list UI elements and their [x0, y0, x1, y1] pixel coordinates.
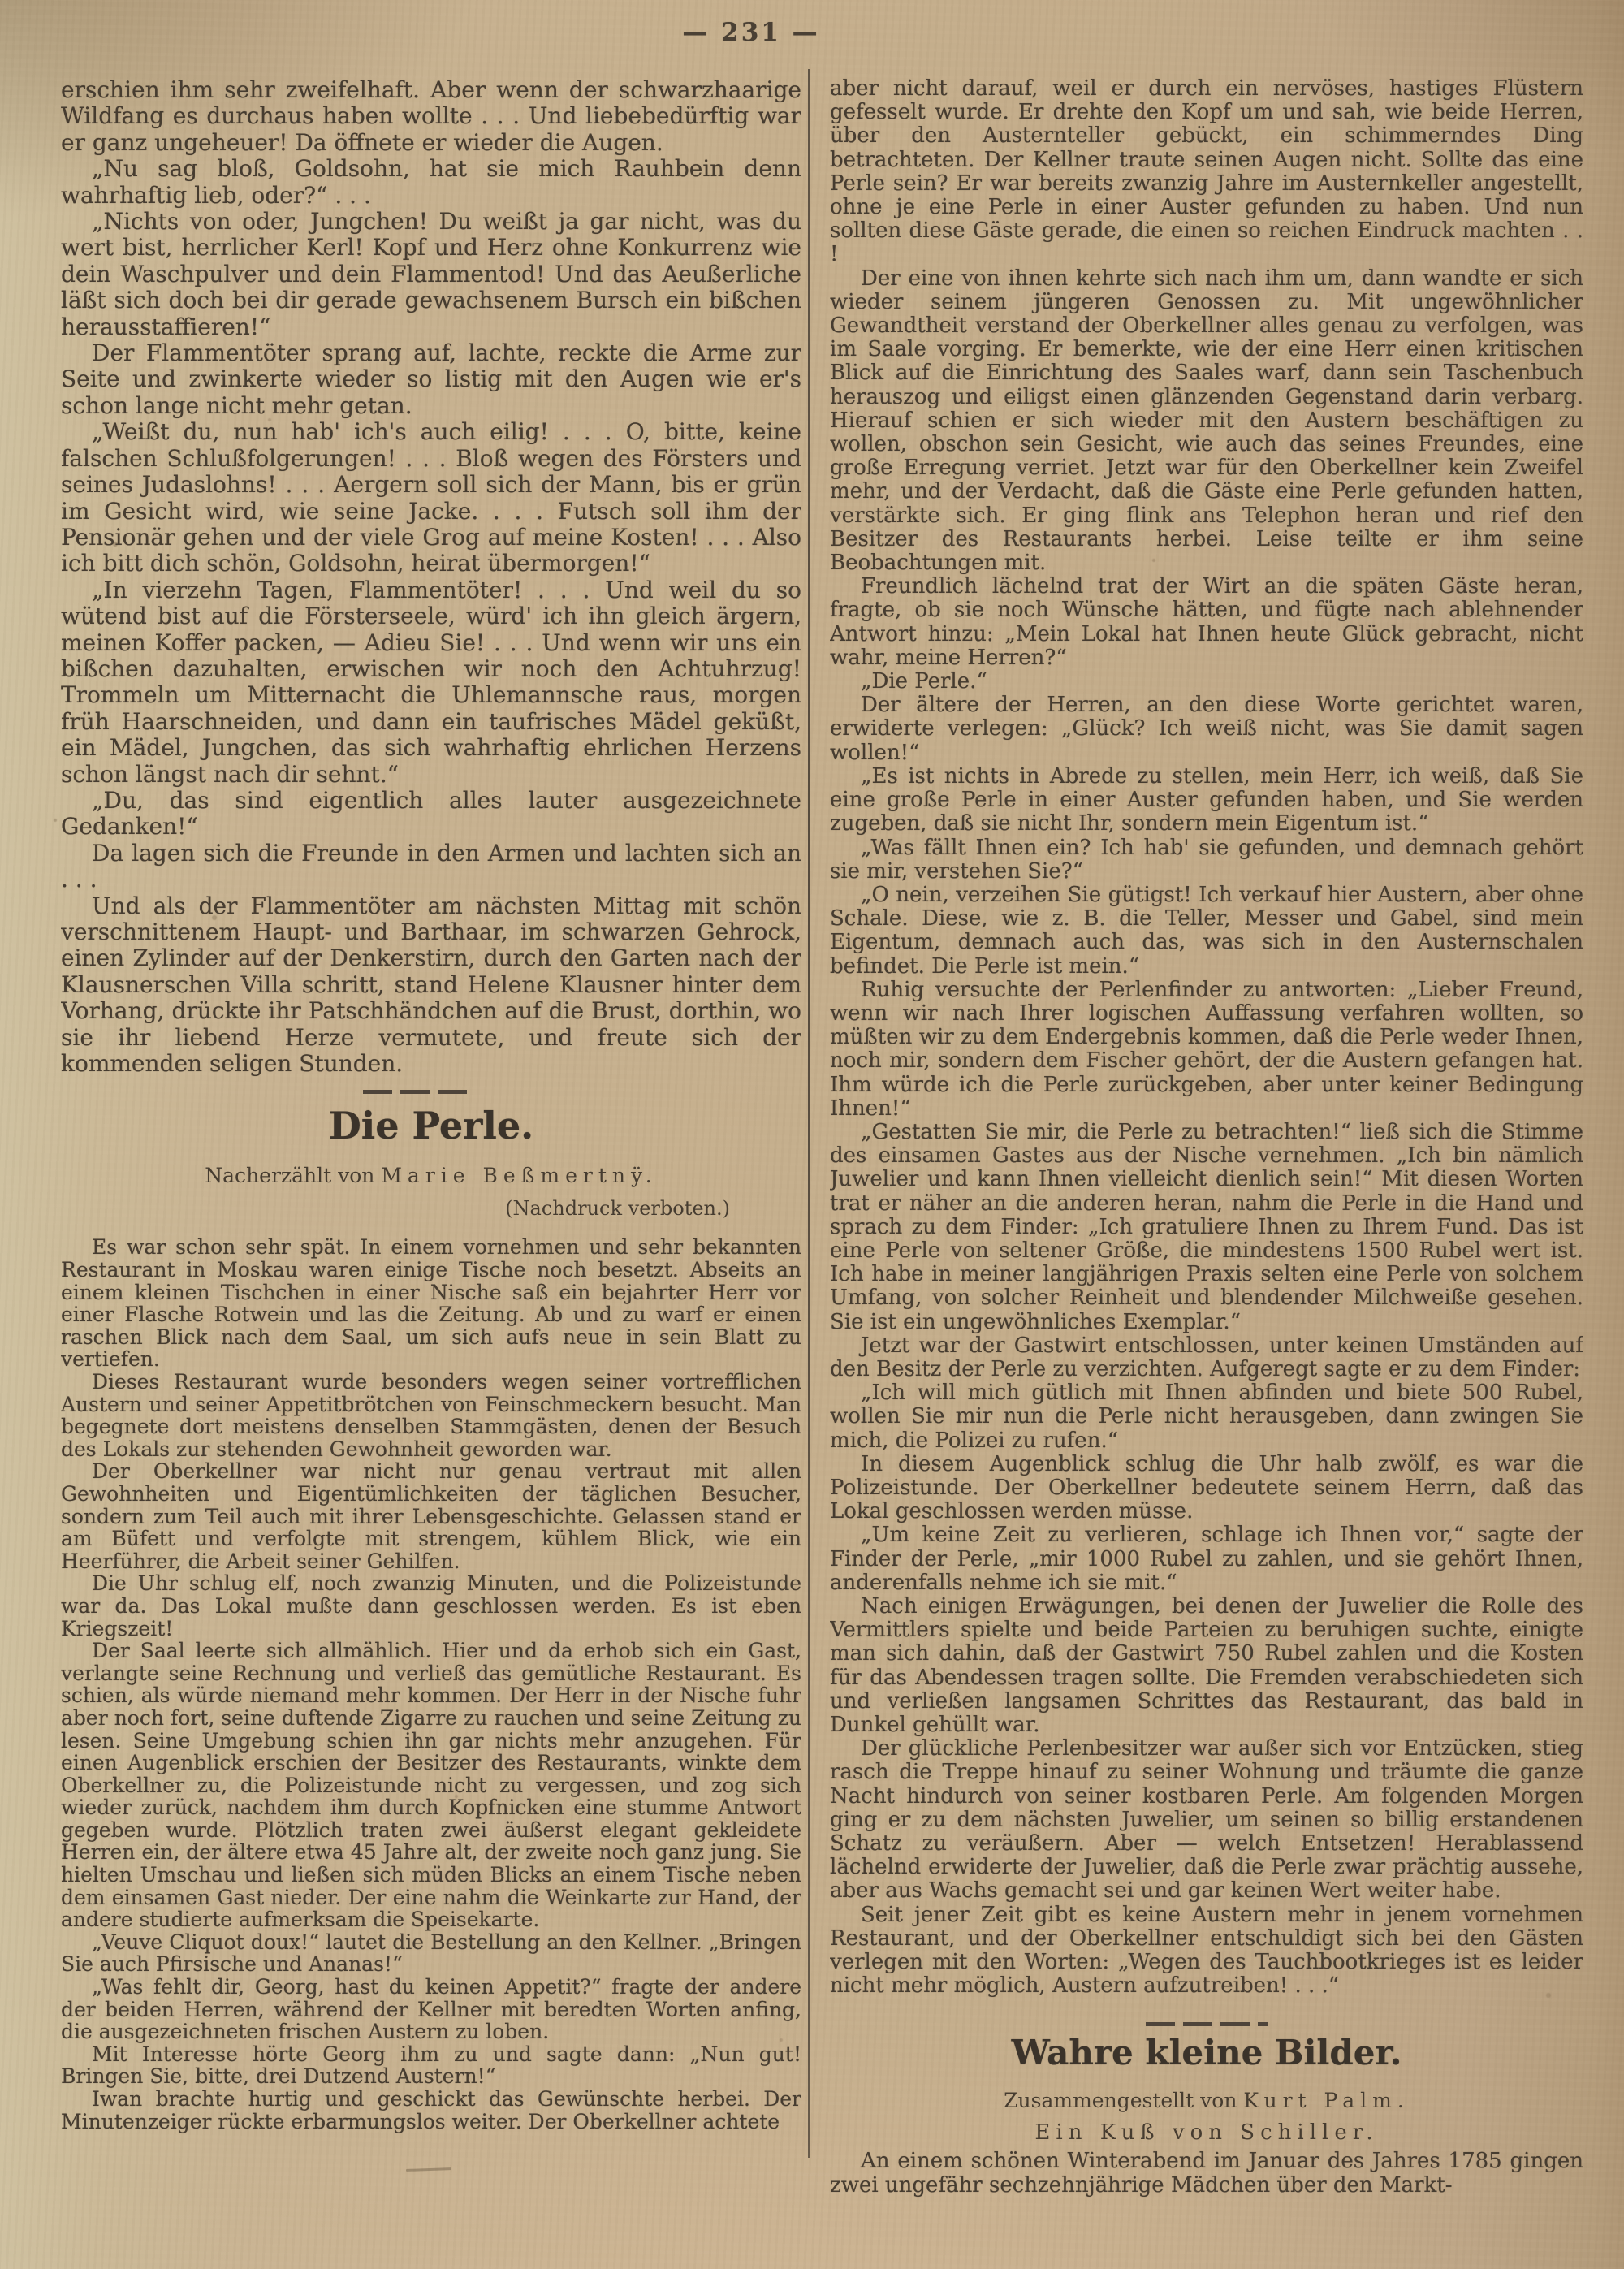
- paragraph: „Um keine Zeit zu verlieren, schlage ich…: [830, 1523, 1583, 1595]
- paragraph: Und als der Flammentöter am nächsten Mit…: [61, 893, 801, 1078]
- page-number: — 231 —: [0, 18, 1502, 47]
- paragraph: „Die Perle.“: [830, 670, 1583, 694]
- paragraph: In diesem Augenblick schlug die Uhr halb…: [830, 1453, 1583, 1524]
- section-divider: [1146, 2022, 1268, 2026]
- paragraph: An einem schönen Winterabend im Januar d…: [830, 2150, 1583, 2197]
- story-continuation-body: erschien ihm sehr zweifelhaft. Aber wenn…: [61, 77, 801, 1077]
- right-column: aber nicht darauf, weil er durch ein ner…: [830, 77, 1583, 2221]
- story-byline: Nacherzählt von Marie Beßmertnÿ.: [61, 1164, 801, 1187]
- story-byline: Zusammengestellt von Kurt Palm.: [830, 2089, 1583, 2112]
- story-body-bilder: An einem schönen Winterabend im Januar d…: [830, 2150, 1583, 2197]
- paragraph: „Was fehlt dir, Georg, hast du keinen Ap…: [61, 1976, 801, 2043]
- paragraph: „Veuve Cliquot doux!“ lautet die Bestell…: [61, 1931, 801, 1976]
- paragraph: Mit Interesse hörte Georg ihm zu und sag…: [61, 2043, 801, 2088]
- byline-prefix: Zusammengestellt von: [1004, 2089, 1237, 2112]
- byline-author: Kurt Palm.: [1243, 2089, 1409, 2112]
- story-subtitle: Ein Kuß von Schiller.: [830, 2120, 1583, 2145]
- reprint-notice: (Nachdruck verboten.): [61, 1197, 801, 1220]
- story-title-wahre-kleine-bilder: Wahre kleine Bilder.: [830, 2033, 1583, 2072]
- left-column: erschien ihm sehr zweifelhaft. Aber wenn…: [61, 77, 801, 2176]
- paragraph: Der eine von ihnen kehrte sich nach ihm …: [830, 267, 1583, 576]
- byline-prefix: Nacherzählt von: [205, 1164, 374, 1187]
- paragraph: „Du, das sind eigentlich alles lauter au…: [61, 788, 801, 841]
- paragraph: Seit jener Zeit gibt es keine Austern me…: [830, 1904, 1583, 1999]
- paragraph: Der Flammentöter sprang auf, lachte, rec…: [61, 340, 801, 419]
- paragraph: „Es ist nichts in Abrede zu stellen, mei…: [830, 765, 1583, 836]
- column-divider: [808, 69, 810, 2158]
- paragraph: Der Saal leerte sich allmählich. Hier un…: [61, 1640, 801, 1931]
- paragraph: „In vierzehn Tagen, Flammentöter! . . . …: [61, 577, 801, 788]
- paragraph: „Weißt du, nun hab' ich's auch eilig! . …: [61, 419, 801, 577]
- paragraph: erschien ihm sehr zweifelhaft. Aber wenn…: [61, 77, 801, 156]
- paragraph: Ruhig versuchte der Perlenfinder zu antw…: [830, 979, 1583, 1121]
- paragraph: Der glückliche Perlenbesitzer war außer …: [830, 1737, 1583, 1903]
- section-divider: [363, 1090, 475, 1094]
- story-title-die-perle: Die Perle.: [61, 1104, 801, 1147]
- byline-author: Marie Beßmertnÿ.: [381, 1164, 657, 1187]
- paragraph: Da lagen sich die Freunde in den Armen u…: [61, 841, 801, 893]
- paragraph: Nach einigen Erwägungen, bei denen der J…: [830, 1595, 1583, 1737]
- paragraph: aber nicht darauf, weil er durch ein ner…: [830, 77, 1583, 267]
- paragraph: Die Uhr schlug elf, noch zwanzig Minuten…: [61, 1572, 801, 1640]
- newspaper-page: — 231 — erschien ihm sehr zweifelhaft. A…: [0, 0, 1624, 2269]
- ink-specks: [0, 0, 3, 3]
- paragraph: Dieses Restaurant wurde besonders wegen …: [61, 1371, 801, 1460]
- paragraph: Jetzt war der Gastwirt entschlossen, unt…: [830, 1334, 1583, 1381]
- story-body-right: aber nicht darauf, weil er durch ein ner…: [830, 77, 1583, 1998]
- paragraph: „Gestatten Sie mir, die Perle zu betrach…: [830, 1121, 1583, 1334]
- paragraph: Der ältere der Herren, an den diese Wort…: [830, 694, 1583, 765]
- paragraph: „Ich will mich gütlich mit Ihnen abfinde…: [830, 1381, 1583, 1453]
- paragraph: „Nichts von oder, Jungchen! Du weißt ja …: [61, 209, 801, 340]
- paragraph: Es war schon sehr spät. In einem vornehm…: [61, 1236, 801, 1371]
- paragraph: „Was fällt Ihnen ein? Ich hab' sie gefun…: [830, 836, 1583, 884]
- story-body-left: Es war schon sehr spät. In einem vornehm…: [61, 1236, 801, 2133]
- paragraph: „Nu sag bloß, Goldsohn, hat sie mich Rau…: [61, 156, 801, 209]
- paragraph: Iwan brachte hurtig und geschickt das Ge…: [61, 2088, 801, 2133]
- paragraph: „O nein, verzeihen Sie gütigst! Ich verk…: [830, 884, 1583, 979]
- paragraph: Der Oberkellner war nicht nur genau vert…: [61, 1460, 801, 1572]
- paragraph: Freundlich lächelnd trat der Wirt an die…: [830, 575, 1583, 670]
